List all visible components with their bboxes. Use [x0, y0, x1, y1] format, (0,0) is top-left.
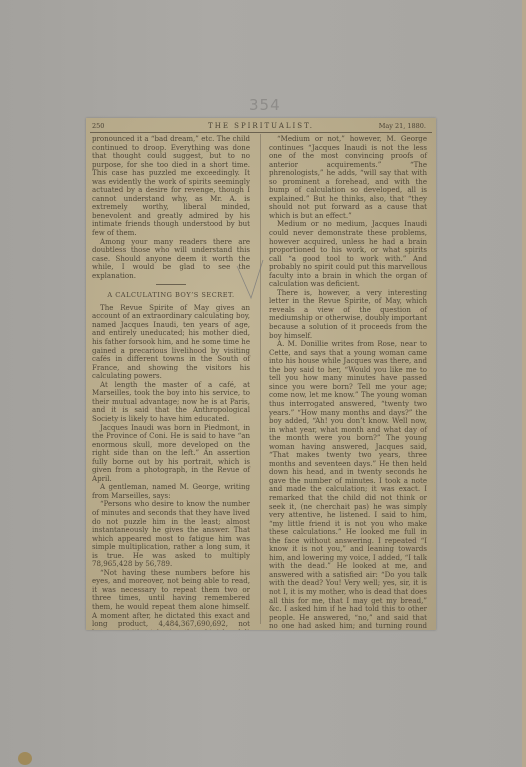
page-header: 250 THE SPIRITUALIST. May 21, 1880. [86, 120, 436, 132]
column-divider [260, 134, 261, 624]
paragraph: Medium or no medium, Jacques Inaudi coul… [269, 220, 427, 288]
paragraph: “Persons who desire to know the number o… [92, 500, 250, 568]
paragraph: “Not having these numbers before his eye… [92, 569, 250, 630]
paragraph: There is, however, a very interesting le… [269, 289, 427, 340]
paragraph: Jacques Inaudi was born in Piedmont, in … [92, 424, 250, 484]
mount-stain [18, 752, 32, 765]
section-heading: A CALCULATING BOY’S SECRET. [92, 291, 250, 300]
right-column: “Medium or not,” however, M. George cont… [269, 135, 427, 630]
paragraph: At length the master of a café, at Marse… [92, 381, 250, 424]
paragraph: A. M. Donillie writes from Rose, near to… [269, 340, 427, 630]
mount-board-edge [522, 0, 526, 767]
paragraph: A gentleman, named M. George, writing fr… [92, 483, 250, 500]
paragraph: Among your many readers there are doubtl… [92, 238, 250, 281]
paragraph: The Revue Spirite of May gives an accoun… [92, 304, 250, 381]
left-column: pronounced it a “bad dream,” etc. The ch… [92, 135, 250, 630]
section-separator [156, 284, 186, 285]
newspaper-clipping: 250 THE SPIRITUALIST. May 21, 1880. pron… [86, 118, 436, 630]
paragraph: “Medium or not,” however, M. George cont… [269, 135, 427, 220]
pencil-page-number: 354 [249, 96, 281, 114]
pencil-check-mark [235, 258, 265, 308]
paragraph: pronounced it a “bad dream,” etc. The ch… [92, 135, 250, 238]
header-rule [90, 132, 432, 133]
publication-date: May 21, 1880. [379, 122, 426, 130]
